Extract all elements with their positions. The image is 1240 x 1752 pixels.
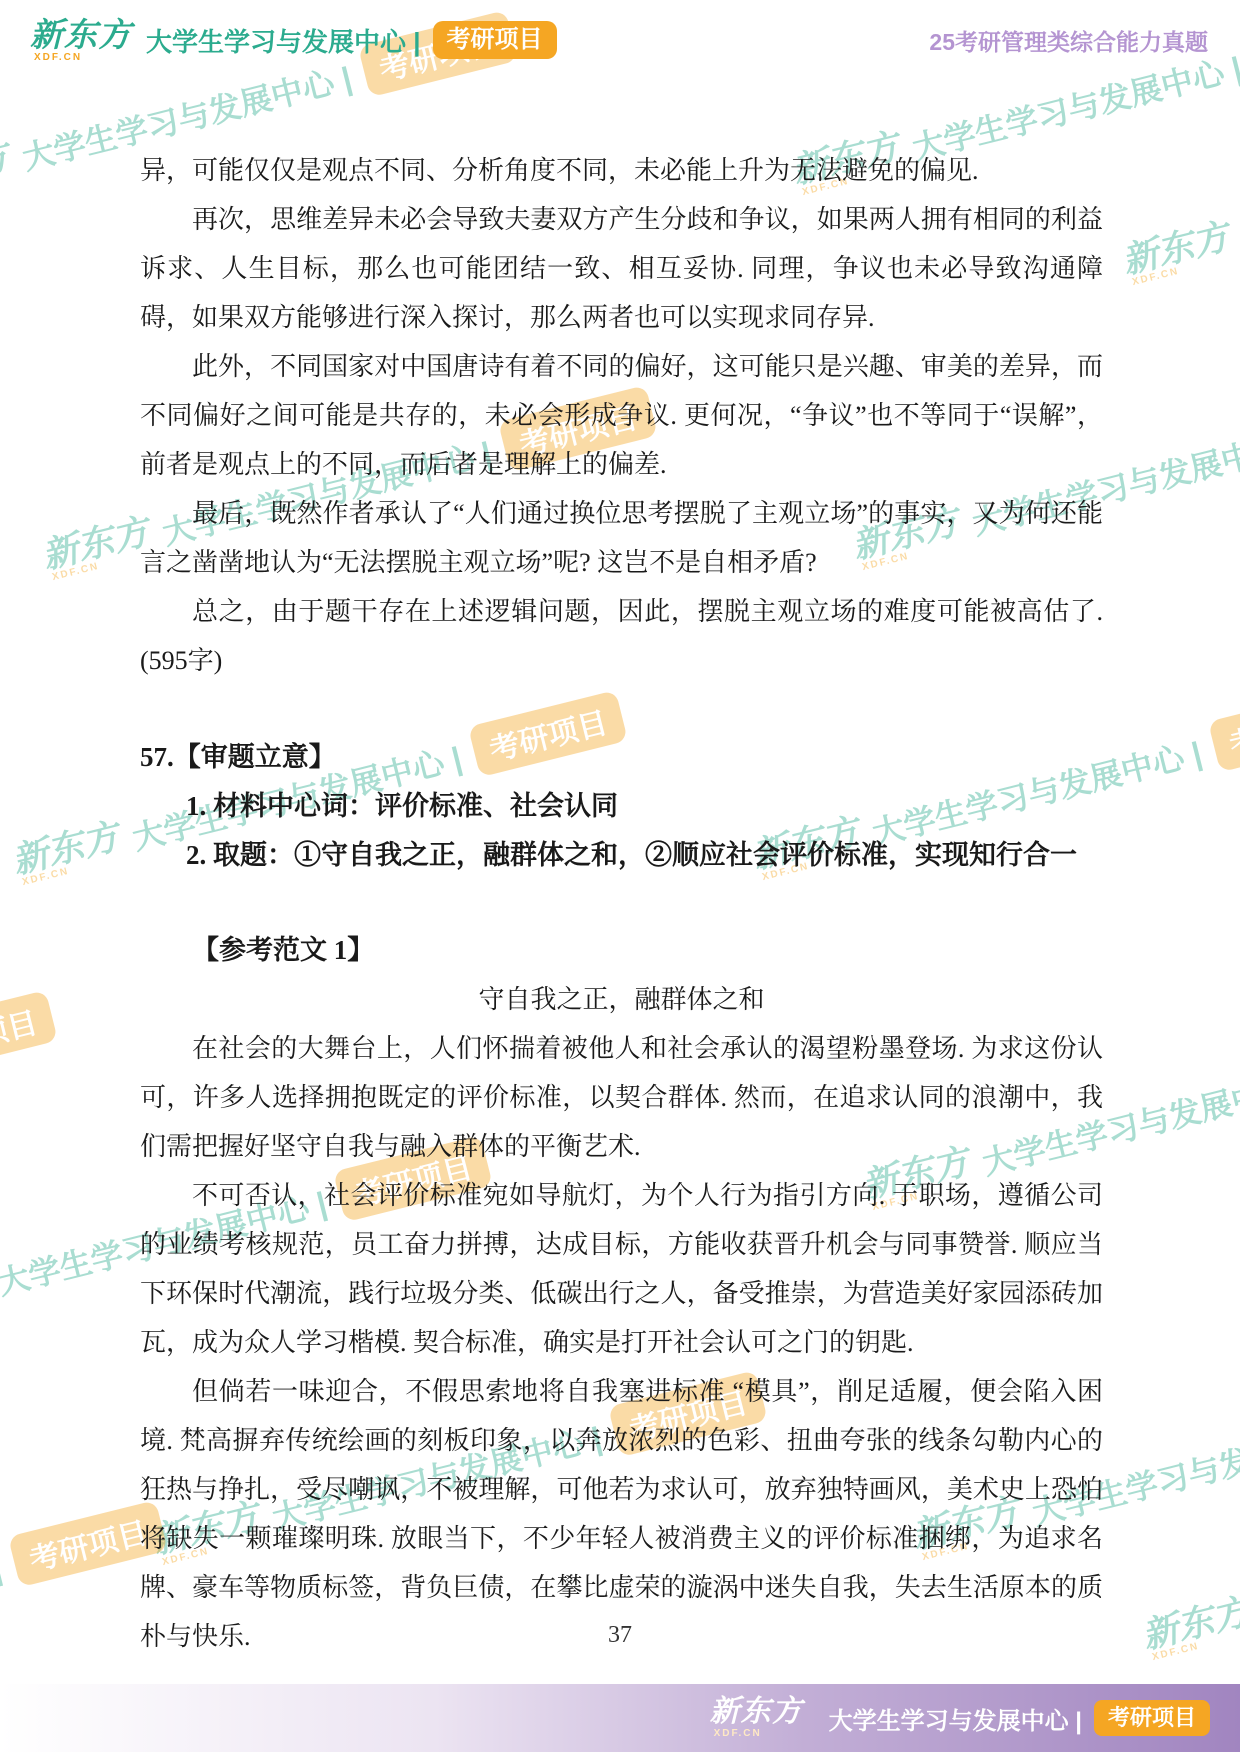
page-header: 新东方 XDF.CN 大学生学习与发展中心 | 考研项目 25考研管理类综合能力… (0, 0, 1240, 80)
watermark-badge: 考研项目 (0, 990, 58, 1077)
essay-paragraph: 在社会的大舞台上，人们怀揣着被他人和社会承认的渴望粉墨登场. 为求这份认可，许多… (140, 1024, 1103, 1171)
footer-brand-logo: 新东方 XDF.CN (710, 1697, 803, 1739)
section-57-item: 2. 取题：①守自我之正，融群体之和，②顺应社会评价标准，实现知行合一 (140, 831, 1103, 880)
page-number: 37 (0, 1622, 1240, 1649)
brand-logo-text: 新东方 (30, 18, 132, 51)
body-paragraph: 总之，由于题干存在上述逻辑问题，因此，摆脱主观立场的难度可能被高估了. (595… (140, 587, 1103, 685)
watermark: 新东方XDF.CN大学生学习与发展中心 |考研项目 (1118, 90, 1240, 292)
watermark-badge: 考研项目 (1208, 685, 1240, 772)
document-page: 新东方XDF.CN大学生学习与发展中心 |考研项目新东方XDF.CN大学生学习与… (0, 0, 1240, 1752)
header-right-title: 25考研管理类综合能力真题 (929, 24, 1208, 57)
section-57-item: 1. 材料中心词：评价标准、社会认同 (140, 782, 1103, 831)
body-paragraph: 此外，不同国家对中国唐诗有着不同的偏好，这可能只是兴趣、审美的差异，而不同偏好之… (140, 342, 1103, 489)
watermark: 新东方XDF.CN大学生学习与发展中心 |考研项目 (0, 990, 58, 1192)
watermark-logo: 新东方XDF.CN (9, 818, 125, 889)
brand-logo: 新东方 XDF.CN (30, 18, 132, 63)
essay-paragraph: 不可否认，社会评价标准宛如导航灯，为个人行为指引方向. 于职场，遵循公司的业绩考… (140, 1171, 1103, 1367)
body-paragraph: 最后，既然作者承认了“人们通过换位思考摆脱了主观立场”的事实，又为何还能言之凿凿… (140, 489, 1103, 587)
footer-brand-logo-subtext: XDF.CN (710, 1729, 803, 1739)
document-content: 异，可能仅仅是观点不同、分析角度不同，未必能上升为无法避免的偏见. 再次，思维差… (140, 146, 1103, 1661)
watermark-logo: 新东方XDF.CN (39, 513, 155, 584)
body-paragraph: 再次，思维差异未必会导致夫妻双方产生分歧和争议，如果两人拥有相同的利益诉求、人生… (140, 195, 1103, 342)
watermark-text: 大学生学习与发展中心 | (0, 1543, 6, 1669)
header-center-label: 大学生学习与发展中心 | (146, 22, 421, 59)
page-footer: 新东方 XDF.CN 大学生学习与发展中心 | 考研项目 (0, 1684, 1240, 1752)
essay-paragraph: 但倘若一味迎合，不假思索地将自我塞进标准 “模具”，削足适履，便会陷入困境. 梵… (140, 1367, 1103, 1661)
section-57-heading: 57.【审题立意】 (140, 733, 1103, 782)
footer-brand-logo-text: 新东方 (710, 1697, 803, 1727)
essay-title: 守自我之正，融群体之和 (140, 975, 1103, 1024)
header-program-badge: 考研项目 (433, 21, 557, 60)
brand-logo-subtext: XDF.CN (30, 53, 132, 63)
reference-essay-heading: 【参考范文 1】 (140, 926, 1103, 975)
footer-program-badge: 考研项目 (1094, 1700, 1210, 1736)
watermark-logo: 新东方XDF.CN (1119, 218, 1235, 289)
body-paragraph: 异，可能仅仅是观点不同、分析角度不同，未必能上升为无法避免的偏见. (140, 146, 1103, 195)
footer-center-label: 大学生学习与发展中心 | (829, 1701, 1082, 1736)
watermark-logo: 新东方XDF.CN (0, 138, 15, 209)
